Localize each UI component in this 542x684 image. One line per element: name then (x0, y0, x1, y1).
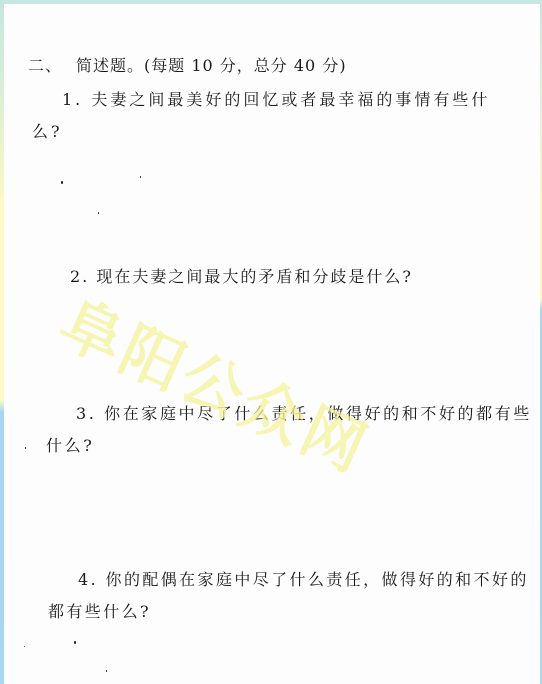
scan-speck (140, 176, 141, 178)
question-3-line-2: 什么? (46, 430, 532, 462)
question-4-line-2: 都有些什么? (48, 596, 529, 628)
question-4: 4. 你的配偶在家庭中尽了什么责任，做得好的和不好的 都有些什么? (78, 564, 529, 628)
question-2-line-1: 2. 现在夫妻之间最大的矛盾和分歧是什么? (70, 267, 413, 286)
question-3: 3. 你在家庭中尽了什么责任，做得好的和不好的都有些 什么? (76, 398, 532, 462)
question-1-line-1: 1. 夫妻之间最美好的回忆或者最幸福的事情有些什 (62, 90, 490, 109)
scan-speck (74, 641, 76, 644)
scan-speck (106, 670, 107, 672)
section-heading: 二、简述题。(每题 10 分，总分 40 分) (28, 53, 347, 76)
question-2: 2. 现在夫妻之间最大的矛盾和分歧是什么? (70, 261, 413, 293)
section-title: 简述题。(每题 10 分，总分 40 分) (76, 56, 347, 75)
question-3-line-1: 3. 你在家庭中尽了什么责任，做得好的和不好的都有些 (76, 404, 532, 423)
scan-speck (98, 212, 99, 214)
question-4-line-1: 4. 你的配偶在家庭中尽了什么责任，做得好的和不好的 (78, 570, 529, 589)
question-1: 1. 夫妻之间最美好的回忆或者最幸福的事情有些什 么? (62, 84, 490, 148)
scan-speck (61, 181, 63, 184)
section-number: 二、 (28, 56, 62, 75)
scan-speck (24, 646, 25, 647)
document-page: 二、简述题。(每题 10 分，总分 40 分) 1. 夫妻之间最美好的回忆或者最… (4, 4, 540, 684)
scan-speck (25, 447, 26, 449)
question-1-line-2: 么? (32, 116, 490, 148)
